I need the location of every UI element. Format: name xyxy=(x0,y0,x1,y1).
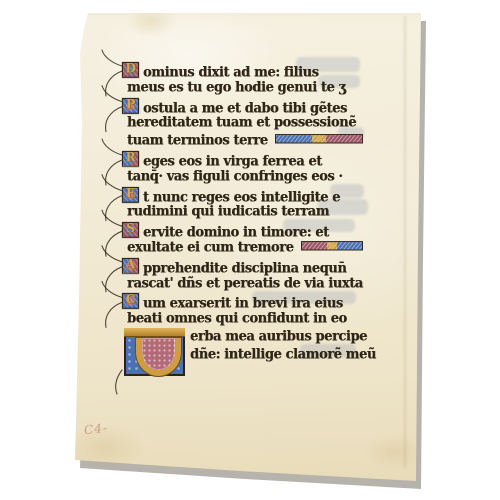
manuscript-text-line: rudimini qui iudicatis terram xyxy=(127,204,329,220)
line-text: um exarserit in brevi ira eius xyxy=(143,297,343,313)
pen-flourish xyxy=(102,86,122,102)
illuminated-initial-V xyxy=(124,328,185,376)
line-text: meus es tu ego hodie genui te ʒ xyxy=(127,80,345,96)
initial-letter: D xyxy=(123,62,138,77)
manuscript-text-line: tuam terminos terre xyxy=(127,133,363,149)
pen-flourish xyxy=(102,246,122,262)
pen-flourish xyxy=(106,196,122,221)
initial-letter: E xyxy=(123,187,138,202)
line-text: ervite domino in timore: et xyxy=(143,225,329,241)
manuscript-text-line: meus es tu ego hodie genui te ʒ xyxy=(127,80,345,96)
initial-letter: S xyxy=(123,222,138,237)
line-filler-ornament xyxy=(275,134,363,143)
line-text: erba mea auribus percipe xyxy=(190,329,367,345)
pencil-inscription: C4- xyxy=(83,421,108,437)
line-text: exultate ei cum tremore xyxy=(127,240,294,256)
illuminated-initial-A: A xyxy=(122,258,139,274)
initial-letter: R xyxy=(123,151,138,166)
line-text: rascat' dñs et pereatis de via iuxta xyxy=(127,276,363,292)
manuscript-text-line: erba mea auribus percipe xyxy=(190,329,367,345)
manuscript-photo: Dominus dixit ad me: filiusmeus es tu eg… xyxy=(0,0,500,500)
manuscript-text-line: Apprehendite disciplina nequn̄ xyxy=(122,258,346,277)
manuscript-text-line: exultate ei cum tremore xyxy=(127,240,363,256)
pen-flourish xyxy=(102,281,122,297)
line-text: tuam terminos terre xyxy=(127,133,268,149)
manuscript-text-line: Reges eos in virga ferrea et xyxy=(122,151,322,170)
initial-letter: P xyxy=(123,98,138,113)
manuscript-text-line: hereditatem tuam et possessionẽ xyxy=(127,115,356,131)
manuscript-text-line: tanq̄· vas figuli confringes eos · xyxy=(127,169,343,185)
line-text: ominus dixit ad me: filius xyxy=(143,65,319,81)
initial-letter: C xyxy=(123,293,138,308)
manuscript-text-line: Cum exarserit in brevi ira eius xyxy=(122,293,343,312)
illuminated-initial-P: P xyxy=(122,98,139,114)
pen-flourish xyxy=(102,210,122,226)
manuscript-text-line: rascat' dñs et pereatis de via iuxta xyxy=(127,276,363,292)
parchment-crease xyxy=(404,16,406,468)
manuscript-text-line: dñe: intellige clamorẽ meũ xyxy=(190,347,376,363)
illuminated-initial-R: R xyxy=(122,151,139,167)
illuminated-initial-E: E xyxy=(122,187,139,203)
pen-flourish xyxy=(102,50,122,66)
pen-flourish xyxy=(106,302,122,327)
manuscript-text-line: Postula a me et dabo tibi gẽtes xyxy=(122,98,347,117)
pen-flourish xyxy=(106,71,122,96)
pen-flourish xyxy=(106,231,122,256)
manuscript-text-line: beati omnes qui confidunt in eo xyxy=(127,311,347,327)
pen-flourish xyxy=(102,175,122,191)
illuminated-initial-D: D xyxy=(122,62,139,78)
line-text: rudimini qui iudicatis terram xyxy=(127,204,329,220)
line-text: dñe: intellige clamorẽ meũ xyxy=(190,347,376,363)
pen-flourish xyxy=(106,160,122,185)
line-text: eges eos in virga ferrea et xyxy=(143,154,322,170)
pen-flourish xyxy=(106,267,122,292)
pen-flourish xyxy=(102,139,122,155)
line-filler-ornament xyxy=(301,241,363,250)
pen-flourish xyxy=(116,370,122,394)
line-text: hereditatem tuam et possessionẽ xyxy=(127,115,356,131)
illuminated-initial-S: S xyxy=(122,222,139,238)
initial-v-shape xyxy=(136,338,181,376)
line-text: beati omnes qui confidunt in eo xyxy=(127,311,347,327)
gold-bar xyxy=(124,328,185,337)
line-text: pprehendite disciplina nequn̄ xyxy=(143,261,346,277)
manuscript-text-line: Et nunc reges eos intelligite e xyxy=(122,187,340,206)
line-text: tanq̄· vas figuli confringes eos · xyxy=(127,169,343,185)
illuminated-initial-C: C xyxy=(122,293,139,309)
manuscript-text-line: Servite domino in timore: et xyxy=(122,222,329,241)
pen-flourish xyxy=(106,107,122,132)
initial-letter: A xyxy=(123,258,138,273)
manuscript-text-line: Dominus dixit ad me: filius xyxy=(122,62,319,81)
